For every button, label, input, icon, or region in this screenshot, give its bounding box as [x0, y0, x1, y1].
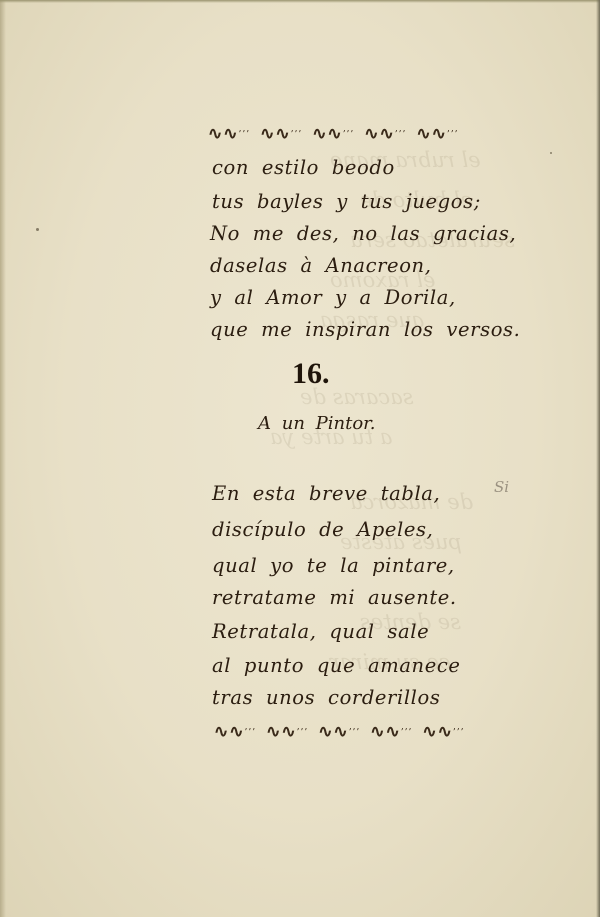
decorative-ornament-bottom: ∿∿’’’∿∿’’’∿∿’’’∿∿’’’∿∿’’’ — [214, 722, 474, 742]
verse-line: tras unos corderillos — [212, 686, 440, 709]
verse-line: qual yo te la pintare, — [212, 554, 455, 577]
paper-speck — [550, 152, 552, 154]
page-top-edge — [0, 0, 600, 3]
verse-line: tus bayles y tus juegos; — [212, 190, 481, 213]
flourish-icon: ∿∿’’’ — [416, 124, 458, 144]
verse-line: y al Amor y a Dorila, — [210, 286, 456, 309]
verse-line: discípulo de Apeles, — [212, 518, 433, 541]
flourish-icon: ∿∿’’’ — [312, 124, 354, 144]
poem-number: 16. — [292, 357, 330, 391]
flourish-icon: ∿∿’’’ — [364, 124, 406, 144]
flourish-icon: ∿∿’’’ — [214, 722, 256, 742]
poem-title: A un Pintor. — [258, 413, 376, 434]
decorative-ornament-top: ∿∿’’’∿∿’’’∿∿’’’∿∿’’’∿∿’’’ — [208, 124, 468, 144]
flourish-icon: ∿∿’’’ — [260, 124, 302, 144]
verse-line: con estilo beodo — [212, 156, 395, 179]
margin-note: Si — [494, 478, 509, 496]
flourish-icon: ∿∿’’’ — [266, 722, 308, 742]
verse-line: daselas à Anacreon, — [210, 254, 432, 277]
verse-line: retratame mi ausente. — [212, 586, 457, 609]
paper-speck — [36, 228, 39, 231]
manuscript-page: el rubra mano el bulto de seuraletao ser… — [0, 0, 600, 917]
verse-line: al punto que amanece — [212, 654, 461, 677]
flourish-icon: ∿∿’’’ — [370, 722, 412, 742]
verse-line: En esta breve tabla, — [212, 482, 440, 505]
flourish-icon: ∿∿’’’ — [208, 124, 250, 144]
verse-line: que me inspiran los versos. — [210, 318, 520, 341]
verse-line: No me des, no las gracias, — [210, 222, 516, 245]
flourish-icon: ∿∿’’’ — [318, 722, 360, 742]
flourish-icon: ∿∿’’’ — [422, 722, 464, 742]
verse-line: Retratala, qual sale — [212, 620, 429, 643]
